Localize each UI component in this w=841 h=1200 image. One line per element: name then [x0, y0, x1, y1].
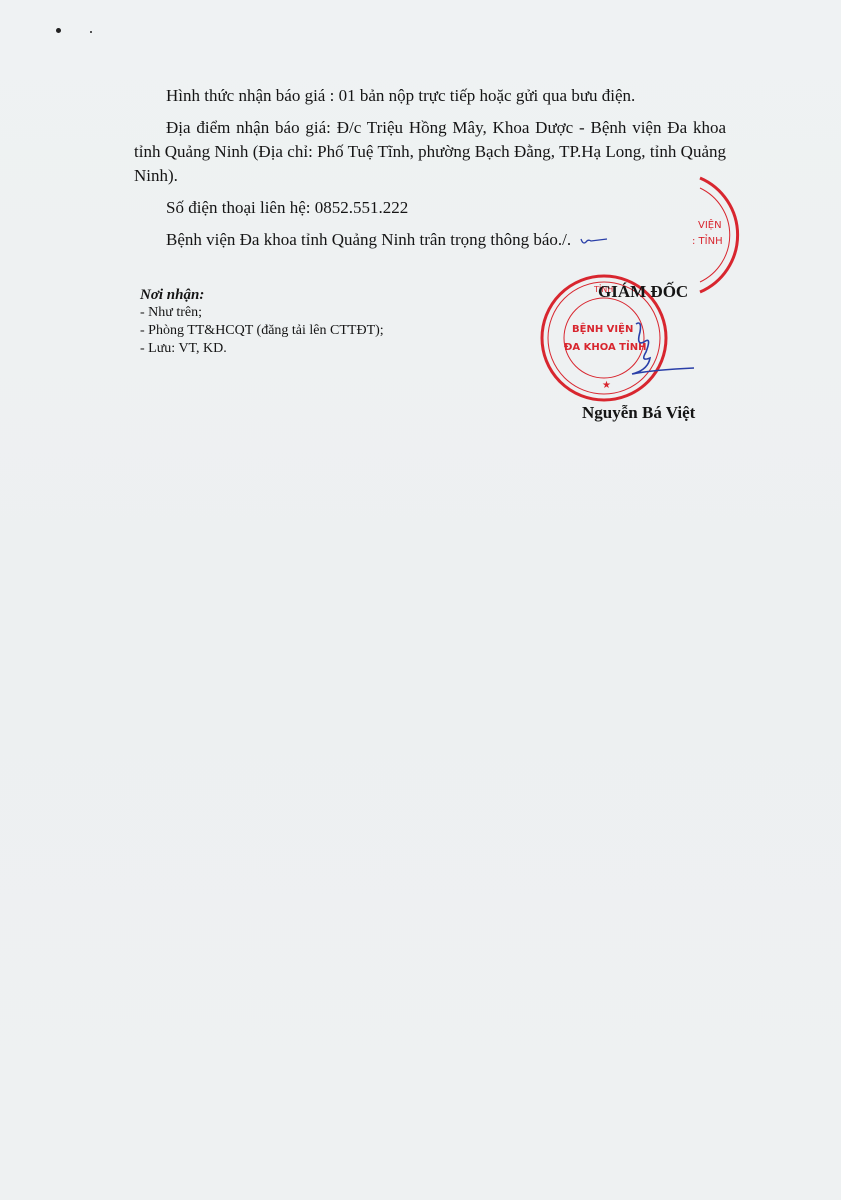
recipient-item: - Phòng TT&HCQT (đăng tải lên CTTĐT);: [140, 322, 384, 340]
closing-text: Bệnh viện Đa khoa tỉnh Quảng Ninh trân t…: [166, 230, 571, 249]
quote-submission-address: Địa điểm nhận báo giá: Đ/c Triệu Hồng Mâ…: [134, 116, 726, 188]
scan-speck: [90, 31, 92, 33]
signatory-title: GIÁM ĐỐC: [598, 282, 688, 302]
svg-text:★: ★: [602, 380, 611, 391]
scan-speck: [56, 28, 61, 33]
recipients-title: Nơi nhận:: [140, 286, 384, 304]
document-page: Hình thức nhận báo giá : 01 bản nộp trực…: [0, 0, 841, 1200]
recipient-item: - Lưu: VT, KD.: [140, 340, 384, 358]
recipient-item: - Như trên;: [140, 304, 384, 322]
handwritten-signature: [622, 318, 702, 378]
contact-phone: Số điện thoại liên hệ: 0852.551.222: [166, 196, 726, 220]
recipients-block: Nơi nhận: - Như trên; - Phòng TT&HCQT (đ…: [140, 286, 384, 358]
signatory-name: Nguyễn Bá Việt: [582, 403, 695, 423]
closing-statement: Bệnh viện Đa khoa tỉnh Quảng Ninh trân t…: [166, 228, 726, 252]
initial-mark-icon: [579, 236, 609, 246]
quote-submission-method: Hình thức nhận báo giá : 01 bản nộp trực…: [166, 84, 726, 108]
